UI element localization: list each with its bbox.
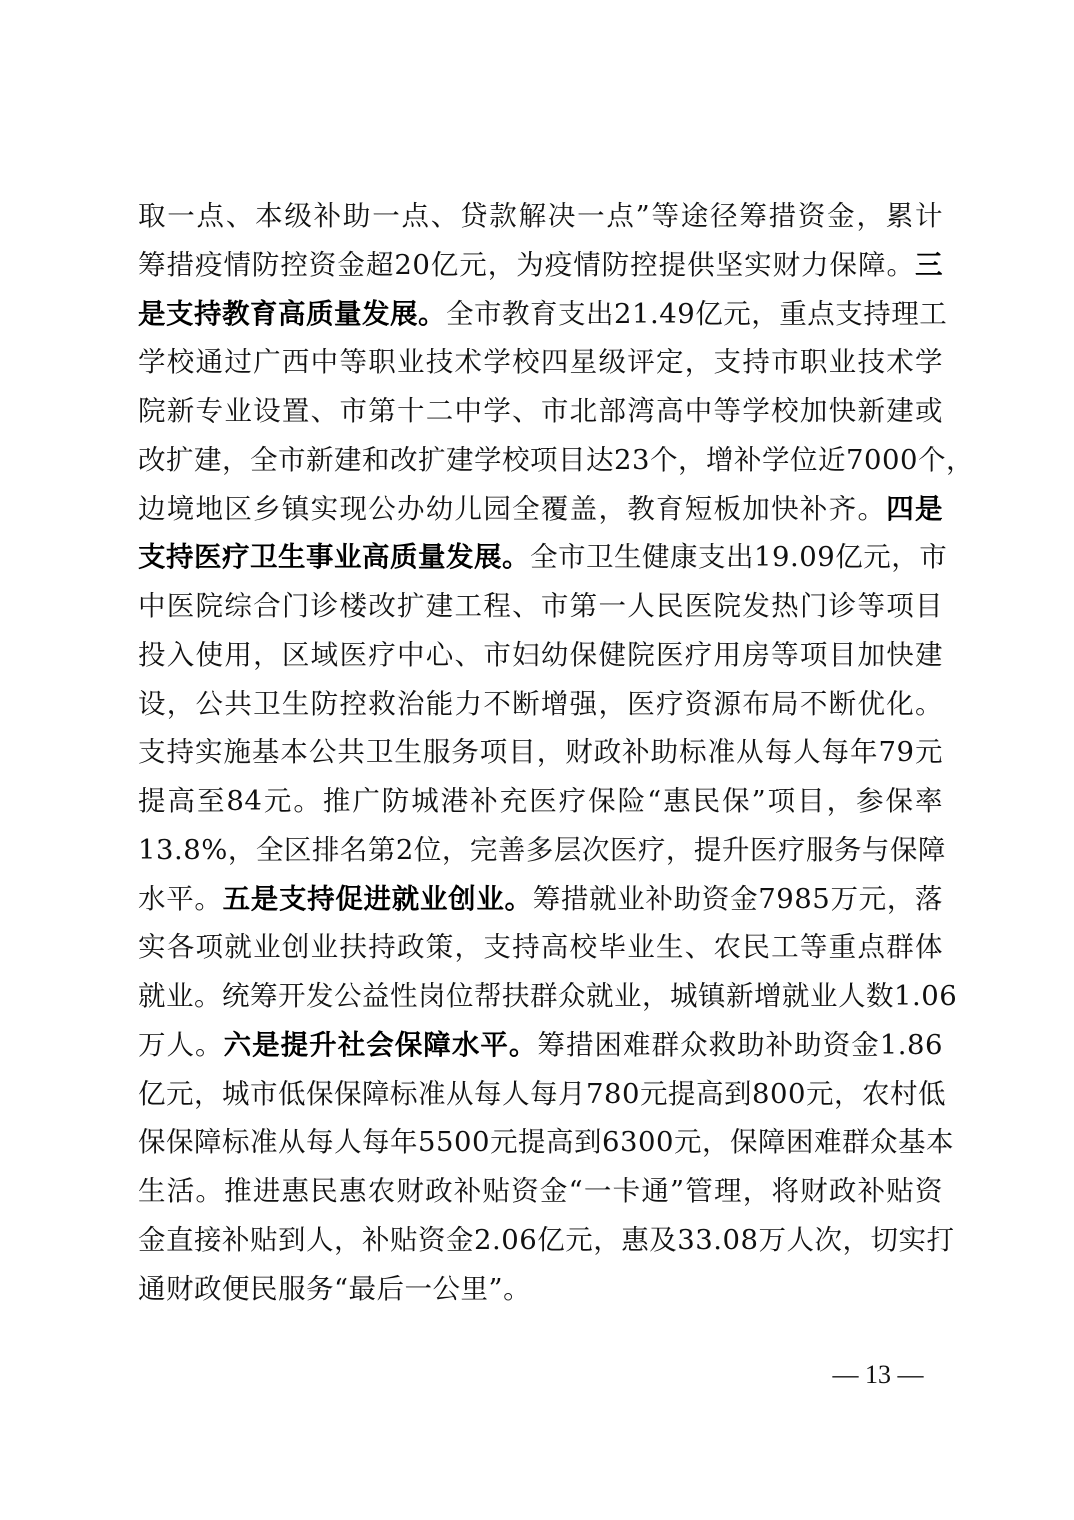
text-line: 设，公共卫生防控救治能力不断增强，医疗资源布局不断优化。 [138,680,943,729]
text-line: 亿元，城市低保保障标准从每人每月780元提高到800元，农村低 [138,1070,943,1119]
text-line: 投入使用，区域医疗中心、市妇幼保健院医疗用房等项目加快建 [138,631,943,680]
text-run: 设，公共卫生防控救治能力不断增强，医疗资源布局不断优化。 [138,688,943,720]
text-run: 13.8%，全区排名第2位，完善多层次医疗，提升医疗服务与保障 [138,834,946,866]
text-line: 通财政便民服务“最后一公里”。 [138,1265,943,1314]
text-run: 亿元，城市低保保障标准从每人每月780元提高到800元，农村低 [138,1078,946,1110]
text-run: 通财政便民服务“最后一公里”。 [138,1273,531,1305]
text-line: 支持医疗卫生事业高质量发展。全市卫生健康支出19.09亿元，市 [138,533,943,582]
text-run: 筹措困难群众救助补助资金1.86 [537,1029,943,1061]
text-line: 改扩建，全市新建和改扩建学校项目达23个，增补学位近7000个， [138,436,943,485]
text-run: 筹措就业补助资金7985万元，落 [533,883,943,915]
text-line: 生活。推进惠民惠农财政补贴资金“一卡通”管理，将财政补贴资 [138,1167,943,1216]
text-line: 水平。五是支持促进就业创业。筹措就业补助资金7985万元，落 [138,875,943,924]
text-run: 就业。统筹开发公益性岗位帮扶群众就业，城镇新增就业人数1.06 [138,980,957,1012]
text-run: 中医院综合门诊楼改扩建工程、市第一人民医院发热门诊等项目 [138,590,943,622]
bold-heading-run: 支持医疗卫生事业高质量发展。 [138,541,530,573]
text-line: 就业。统筹开发公益性岗位帮扶群众就业，城镇新增就业人数1.06 [138,972,943,1021]
text-run: 提高至84元。推广防城港补充医疗保险“惠民保”项目，参保率 [138,785,943,817]
text-line: 13.8%，全区排名第2位，完善多层次医疗，提升医疗服务与保障 [138,826,943,875]
text-run: 保保障标准从每人每年5500元提高到6300元，保障困难群众基本 [138,1126,954,1158]
text-line: 保保障标准从每人每年5500元提高到6300元，保障困难群众基本 [138,1118,943,1167]
text-run: 取一点、本级补助一点、贷款解决一点”等途径筹措资金，累计 [138,200,943,232]
text-line: 边境地区乡镇实现公办幼儿园全覆盖，教育短板加快补齐。四是 [138,485,943,534]
text-run: 金直接补贴到人，补贴资金2.06亿元，惠及33.08万人次，切实打 [138,1224,954,1256]
text-run: 院新专业设置、市第十二中学、市北部湾高中等学校加快新建或 [138,395,943,427]
text-line: 筹措疫情防控资金超20亿元，为疫情防控提供坚实财力保障。三 [138,241,943,290]
text-line: 支持实施基本公共卫生服务项目，财政补助标准从每人每年79元 [138,728,943,777]
text-run: 投入使用，区域医疗中心、市妇幼保健院医疗用房等项目加快建 [138,639,943,671]
text-run: 支持实施基本公共卫生服务项目，财政补助标准从每人每年79元 [138,736,943,768]
text-line: 实各项就业创业扶持政策，支持高校毕业生、农民工等重点群体 [138,923,943,972]
text-line: 学校通过广西中等职业技术学校四星级评定，支持市职业技术学 [138,338,943,387]
bold-heading-run: 三 [915,249,943,281]
body-paragraph: 取一点、本级补助一点、贷款解决一点”等途径筹措资金，累计筹措疫情防控资金超20亿… [138,192,943,1313]
text-run: 水平。 [138,883,223,915]
text-run: 改扩建，全市新建和改扩建学校项目达23个，增补学位近7000个， [138,444,974,476]
text-run: 边境地区乡镇实现公办幼儿园全覆盖，教育短板加快补齐。 [138,493,886,525]
text-run: 实各项就业创业扶持政策，支持高校毕业生、农民工等重点群体 [138,931,943,963]
text-run: 全市教育支出21.49亿元，重点支持理工 [446,298,947,330]
text-run: 学校通过广西中等职业技术学校四星级评定，支持市职业技术学 [138,346,943,378]
page-number: — 13 — [818,1360,938,1390]
document-page: 取一点、本级补助一点、贷款解决一点”等途径筹措资金，累计筹措疫情防控资金超20亿… [0,0,1074,1520]
text-line: 金直接补贴到人，补贴资金2.06亿元，惠及33.08万人次，切实打 [138,1216,943,1265]
text-line: 取一点、本级补助一点、贷款解决一点”等途径筹措资金，累计 [138,192,943,241]
text-run: 全市卫生健康支出19.09亿元，市 [530,541,947,573]
text-line: 提高至84元。推广防城港补充医疗保险“惠民保”项目，参保率 [138,777,943,826]
text-run: 生活。推进惠民惠农财政补贴资金“一卡通”管理，将财政补贴资 [138,1175,943,1207]
text-line: 万人。六是提升社会保障水平。筹措困难群众救助补助资金1.86 [138,1021,943,1070]
bold-heading-run: 是支持教育高质量发展。 [138,298,446,330]
text-line: 中医院综合门诊楼改扩建工程、市第一人民医院发热门诊等项目 [138,582,943,631]
text-line: 是支持教育高质量发展。全市教育支出21.49亿元，重点支持理工 [138,290,943,339]
text-run: 筹措疫情防控资金超20亿元，为疫情防控提供坚实财力保障。 [138,249,915,281]
bold-heading-run: 五是支持促进就业创业。 [223,883,533,915]
bold-heading-run: 四是 [886,493,943,525]
text-line: 院新专业设置、市第十二中学、市北部湾高中等学校加快新建或 [138,387,943,436]
bold-heading-run: 六是提升社会保障水平。 [224,1029,538,1061]
text-run: 万人。 [138,1029,224,1061]
